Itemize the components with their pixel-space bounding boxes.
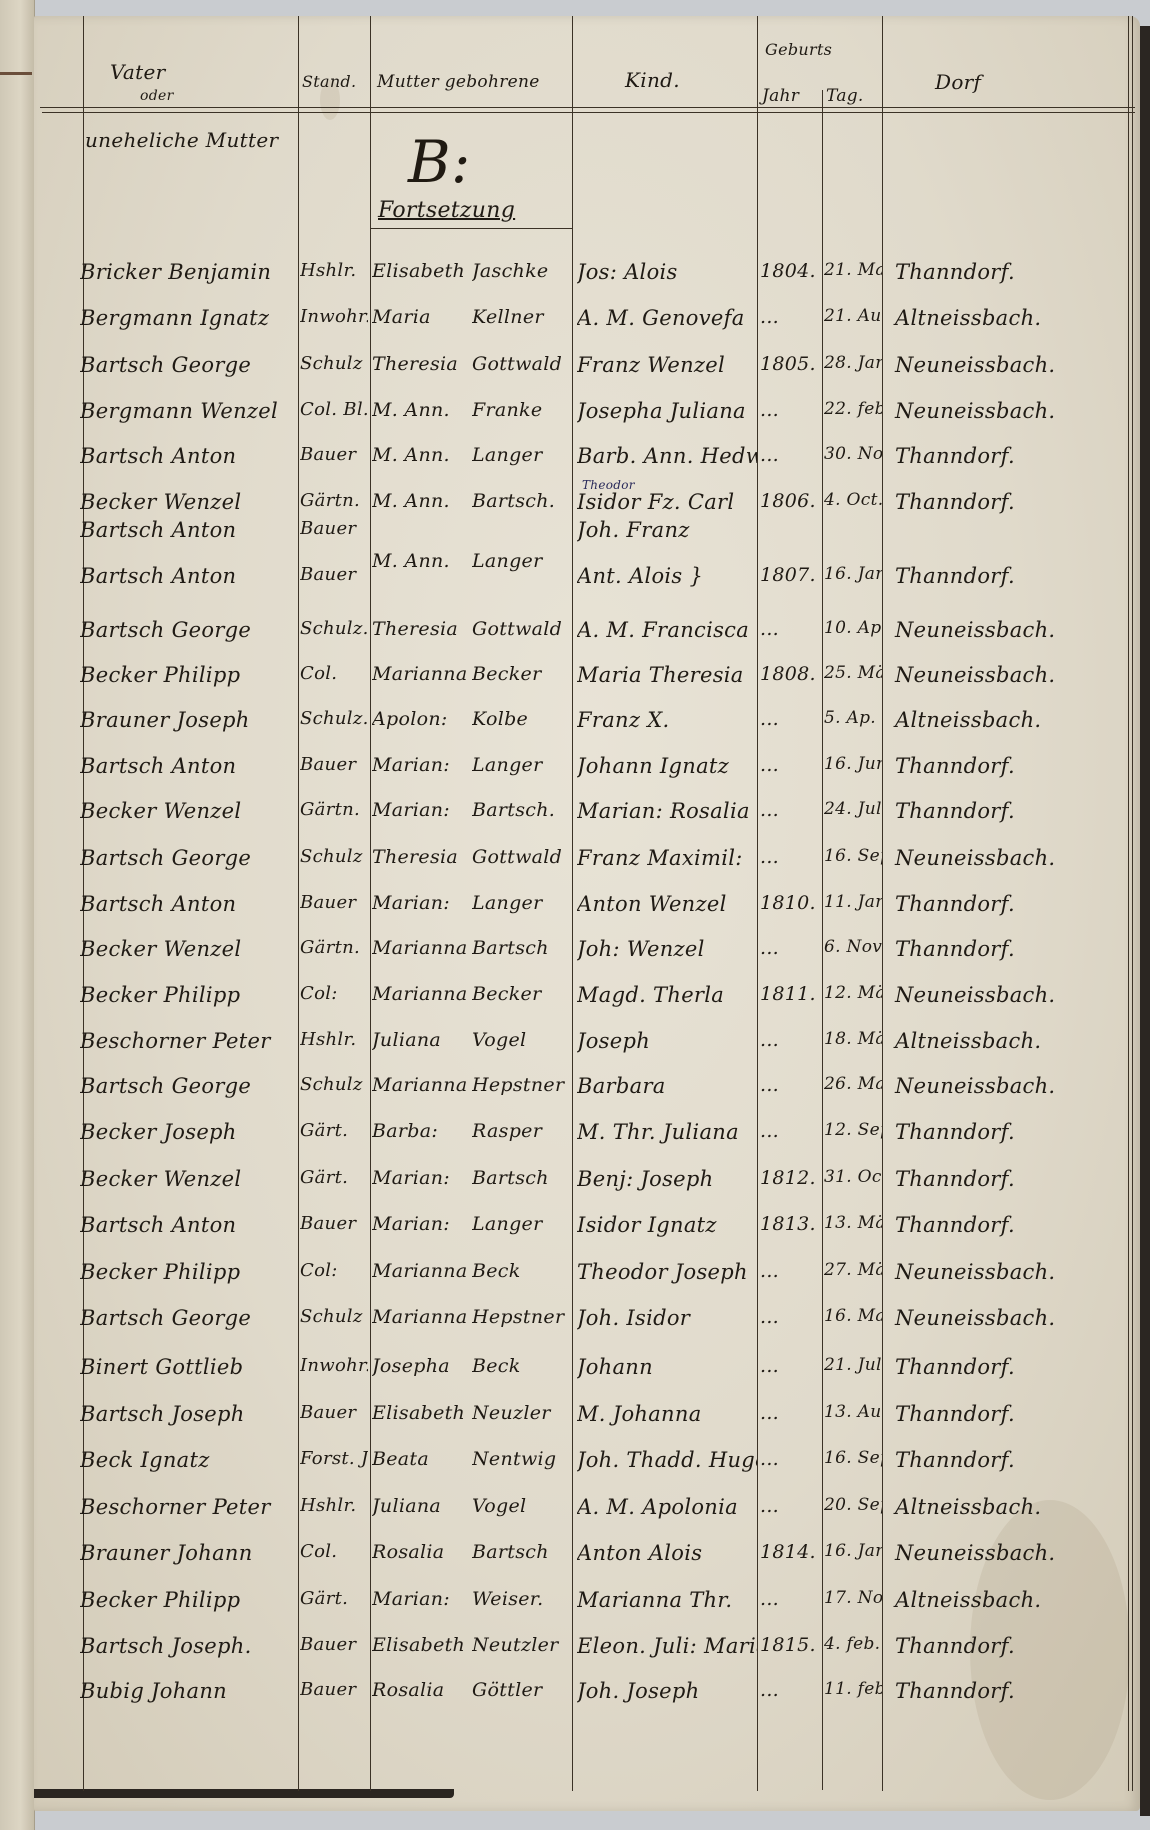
- mother-first-name: Marian:: [372, 1213, 470, 1235]
- father-occupation: Schulz: [300, 1074, 368, 1095]
- father-name: Becker Wenzel: [80, 937, 295, 961]
- birth-year: ...: [760, 1120, 820, 1142]
- mother-first-name: Rosalia: [372, 1541, 470, 1563]
- birth-day: 24. Jul.: [824, 799, 882, 819]
- table-row: Beschorner PeterHshlr.JulianaVogelJoseph…: [0, 1023, 1150, 1067]
- birth-day: 17. Novb.: [824, 1588, 882, 1608]
- mother-maiden-name: Langer: [472, 1213, 572, 1235]
- father-occupation: Hshlr.: [300, 260, 368, 281]
- child-name: Joh. Joseph: [577, 1679, 757, 1703]
- father-name: Becker Joseph: [80, 1120, 295, 1144]
- mother-first-name: Marianna: [372, 663, 470, 685]
- birth-year: ...: [760, 1495, 820, 1517]
- father-occupation: Hshlr.: [300, 1495, 368, 1516]
- mother-maiden-name: Nentwig: [472, 1448, 572, 1470]
- mother-first-name: Barba:: [372, 1120, 470, 1142]
- village: Altneissbach.: [895, 306, 1135, 330]
- village: Thanndorf.: [895, 937, 1135, 961]
- birth-day: 22. feb.: [824, 399, 882, 419]
- table-row: Brauner JosephSchulz.Apolon:KolbeFranz X…: [0, 702, 1150, 746]
- birth-year: ...: [760, 1306, 820, 1328]
- father-name: Beschorner Peter: [80, 1029, 295, 1053]
- birth-day: 6. Novb.: [824, 937, 882, 957]
- mother-maiden-name: Beck: [472, 1355, 572, 1377]
- mother-maiden-name: Kellner: [472, 306, 572, 328]
- header-stand: Stand.: [302, 72, 356, 91]
- table-row: Bergmann IgnatzInwohr.MariaKellnerA. M. …: [0, 300, 1150, 344]
- father-occupation: Gärtn.: [300, 799, 368, 820]
- table-row: Bartsch AntonBauerMarian:LangerIsidor Ig…: [0, 1207, 1150, 1251]
- child-name: Franz Wenzel: [577, 353, 757, 377]
- mother-first-name: M. Ann.: [372, 399, 470, 421]
- child-name: Maria Theresia: [577, 663, 757, 687]
- mother-first-name: Apolon:: [372, 708, 470, 730]
- table-row: Bartsch AntonBauerMarian:LangerJohann Ig…: [0, 748, 1150, 792]
- table-row: Bartsch GeorgeSchulzTheresiaGottwaldFran…: [0, 840, 1150, 884]
- father-name: Bartsch Anton: [80, 564, 295, 588]
- child-name: Joh. Isidor: [577, 1306, 757, 1330]
- child-name: Joh: Wenzel: [577, 937, 757, 961]
- village: Thanndorf.: [895, 799, 1135, 823]
- birth-year: ...: [760, 1355, 820, 1377]
- village: Neuneissbach.: [895, 1306, 1135, 1330]
- mother-first-name: Elisabeth: [372, 260, 470, 282]
- mother-maiden-name: Langer: [472, 754, 572, 776]
- mother-maiden-name: Becker: [472, 663, 572, 685]
- birth-day: 16. Mai: [824, 1306, 882, 1326]
- birth-day: 11. Jan.: [824, 892, 882, 912]
- mother-first-name: Beata: [372, 1448, 470, 1470]
- father-occupation: Hshlr.: [300, 1029, 368, 1050]
- header-father-line1: Vater: [110, 60, 165, 84]
- birth-year: 1815.: [760, 1634, 820, 1656]
- birth-day: 21. Aug.: [824, 306, 882, 326]
- birth-day: 4. Oct.: [824, 490, 882, 510]
- birth-day: 12. März: [824, 983, 882, 1003]
- father-name: Becker Wenzel: [80, 490, 295, 514]
- child-name: M. Thr. Juliana: [577, 1120, 757, 1144]
- father-name: Bartsch George: [80, 1306, 295, 1330]
- child-name: M. Johanna: [577, 1402, 757, 1426]
- father-name: Bartsch George: [80, 1074, 295, 1098]
- mother-maiden-name: Gottwald: [472, 618, 572, 640]
- birth-day: 21. Mai: [824, 260, 882, 280]
- birth-year: 1814.: [760, 1541, 820, 1563]
- village: Altneissbach.: [895, 708, 1135, 732]
- mother-maiden-name: Vogel: [472, 1029, 572, 1051]
- mother-maiden-name: Hepstner: [472, 1074, 572, 1096]
- birth-year: ...: [760, 444, 820, 466]
- section-letter: B:: [408, 128, 471, 196]
- birth-year: 1807.: [760, 564, 820, 586]
- father-occupation: Gärtn.: [300, 937, 368, 958]
- father-occupation: Gärt.: [300, 1120, 368, 1141]
- father-name: Becker Wenzel: [80, 1167, 295, 1191]
- village: Thanndorf.: [895, 444, 1135, 468]
- section-rule: [370, 228, 572, 229]
- mother-maiden-name: Bartsch: [472, 1167, 572, 1189]
- father-occupation: Col.: [300, 1541, 368, 1562]
- father-occupation: Schulz.: [300, 708, 368, 729]
- mother-maiden-name: Langer: [472, 444, 572, 466]
- mother-maiden-name: Jaschke: [472, 260, 572, 282]
- header-rule: [40, 107, 1135, 108]
- village: Neuneissbach.: [895, 618, 1135, 642]
- father-name: Bergmann Ignatz: [80, 306, 295, 330]
- father-name: Becker Philipp: [80, 983, 295, 1007]
- mother-first-name: Theresia: [372, 846, 470, 868]
- mother-first-name: Marianna: [372, 937, 470, 959]
- mother-first-name: Marianna: [372, 1306, 470, 1328]
- mother-first-name: M. Ann.: [372, 444, 470, 466]
- father-occupation: Gärt.: [300, 1167, 368, 1188]
- mother-maiden-name: Becker: [472, 983, 572, 1005]
- birth-year: ...: [760, 799, 820, 821]
- father-name: Bartsch Joseph.: [80, 1634, 295, 1658]
- mother-maiden-name: Bartsch: [472, 937, 572, 959]
- birth-day: 21. Jul.: [824, 1355, 882, 1375]
- village: Neuneissbach.: [895, 353, 1135, 377]
- child-name: Magd. Therla: [577, 983, 757, 1007]
- section-note: Fortsetzung: [378, 198, 515, 223]
- village: Neuneissbach.: [895, 663, 1135, 687]
- child-name: Joseph: [577, 1029, 757, 1053]
- mother-maiden-name: Franke: [472, 399, 572, 421]
- village: Thanndorf.: [895, 1679, 1135, 1703]
- table-row: Binert GottliebInwohr.JosephaBeckJohann.…: [0, 1349, 1150, 1393]
- mother-first-name: Marian:: [372, 892, 470, 914]
- header-kind: Kind.: [625, 68, 680, 92]
- father-occupation: Bauer: [300, 1402, 368, 1423]
- header-rule: [42, 112, 1135, 113]
- table-row: Becker WenzelGärtn.MariannaBartschJoh: W…: [0, 931, 1150, 975]
- table-row: Brauner JohannCol.RosaliaBartschAnton Al…: [0, 1535, 1150, 1579]
- table-row: Beschorner PeterHshlr.JulianaVogelA. M. …: [0, 1489, 1150, 1533]
- father-occupation: Schulz.: [300, 618, 368, 639]
- birth-year: ...: [760, 1260, 820, 1282]
- birth-day: 4. feb.: [824, 1634, 882, 1654]
- mother-maiden-name: Rasper: [472, 1120, 572, 1142]
- village: Thanndorf.: [895, 754, 1135, 778]
- birth-year: ...: [760, 1402, 820, 1424]
- birth-year: ...: [760, 937, 820, 959]
- father-occupation: Col. Bl.: [300, 399, 368, 420]
- mother-first-name: Juliana: [372, 1495, 470, 1517]
- father-name: Bartsch Anton: [80, 518, 295, 542]
- father-name: Bartsch Anton: [80, 754, 295, 778]
- father-name: Beschorner Peter: [80, 1495, 295, 1519]
- mother-first-name: Marianna: [372, 1074, 470, 1096]
- birth-year: ...: [760, 846, 820, 868]
- mother-maiden-name: Hepstner: [472, 1306, 572, 1328]
- birth-year: 1813.: [760, 1213, 820, 1235]
- father-name: Bartsch Anton: [80, 1213, 295, 1237]
- birth-year: ...: [760, 618, 820, 640]
- village: Thanndorf.: [895, 1167, 1135, 1191]
- father-name: Brauner Joseph: [80, 708, 295, 732]
- header-father-line2: oder: [140, 88, 174, 104]
- birth-year: ...: [760, 1448, 820, 1470]
- birth-year: ...: [760, 1679, 820, 1701]
- father-name: Bergmann Wenzel: [80, 399, 295, 423]
- child-name: Joh. Franz: [577, 518, 757, 542]
- father-name: Bubig Johann: [80, 1679, 295, 1703]
- mother-first-name: Elisabeth: [372, 1634, 470, 1656]
- father-occupation: Col:: [300, 983, 368, 1004]
- child-name: Barb. Ann. Hedwig: [577, 444, 757, 468]
- father-occupation: Bauer: [300, 1679, 368, 1700]
- header-mother: Mutter gebohrene: [377, 72, 540, 92]
- birth-day: 10. Ap.: [824, 618, 882, 638]
- table-row: Bartsch AntonBauerM. Ann.LangerBarb. Ann…: [0, 438, 1150, 482]
- birth-day: 12. Septb.: [824, 1120, 882, 1140]
- father-occupation: Bauer: [300, 1634, 368, 1655]
- table-row: Becker WenzelGärtn.Marian:Bartsch.Marian…: [0, 793, 1150, 837]
- child-name: A. M. Apolonia: [577, 1495, 757, 1519]
- father-occupation: Bauer: [300, 1213, 368, 1234]
- birth-day: 16. Jan.: [824, 1541, 882, 1561]
- mother-first-name: Marianna: [372, 1260, 470, 1282]
- birth-day: 16. Jan.: [824, 564, 882, 584]
- table-row: Beck IgnatzForst. Jäg.BeataNentwigJoh. T…: [0, 1442, 1150, 1486]
- mother-maiden-name: Bartsch: [472, 1541, 572, 1563]
- father-occupation: Bauer: [300, 444, 368, 465]
- table-row: Bricker BenjaminHshlr.ElisabethJaschkeJo…: [0, 254, 1150, 298]
- father-name: Binert Gottlieb: [80, 1355, 295, 1379]
- birth-day: 30. Nov.: [824, 444, 882, 464]
- birth-day: 31. Octb.: [824, 1167, 882, 1187]
- village: Neuneissbach.: [895, 1541, 1135, 1565]
- father-name: Bricker Benjamin: [80, 260, 295, 284]
- birth-year: ...: [760, 1029, 820, 1051]
- birth-day: 13. Aug.: [824, 1402, 882, 1422]
- birth-day: 27. März: [824, 1260, 882, 1280]
- father-name: Becker Philipp: [80, 663, 295, 687]
- mother-maiden-name: Bartsch.: [472, 799, 572, 821]
- birth-year: 1811.: [760, 983, 820, 1005]
- father-occupation: Gärtn.: [300, 490, 368, 511]
- birth-day: 18. März: [824, 1029, 882, 1049]
- father-occupation: Bauer: [300, 892, 368, 913]
- mother-maiden-name: Beck: [472, 1260, 572, 1282]
- mother-first-name: Josepha: [372, 1355, 470, 1377]
- child-name: Eleon. Juli: Marianna: [577, 1634, 757, 1658]
- father-name: Brauner Johann: [80, 1541, 295, 1565]
- birth-day: 16. Septb.: [824, 1448, 882, 1468]
- mother-maiden-name: Vogel: [472, 1495, 572, 1517]
- village: Altneissbach.: [895, 1588, 1135, 1612]
- child-name: Marian: Rosalia: [577, 799, 757, 823]
- village: Neuneissbach.: [895, 983, 1135, 1007]
- village: Thanndorf.: [895, 1634, 1135, 1658]
- father-name: Becker Philipp: [80, 1260, 295, 1284]
- child-name: Franz X.: [577, 708, 757, 732]
- table-row: Becker PhilippGärt.Marian:Weiser.Mariann…: [0, 1582, 1150, 1626]
- village: Thanndorf.: [895, 892, 1135, 916]
- child-name: Isidor Ignatz: [577, 1213, 757, 1237]
- child-name: Franz Maximil:: [577, 846, 757, 870]
- child-name: Anton Wenzel: [577, 892, 757, 916]
- village: Thanndorf.: [895, 564, 1135, 588]
- table-row: Bartsch GeorgeSchulzTheresiaGottwaldFran…: [0, 347, 1150, 391]
- header-dorf: Dorf: [935, 70, 981, 94]
- father-occupation: Inwohr.: [300, 1355, 368, 1376]
- child-name: Barbara: [577, 1074, 757, 1098]
- mother-first-name: M. Ann.: [372, 550, 470, 572]
- page-edge-shadow: [34, 1789, 454, 1798]
- birth-day: 26. Mai: [824, 1074, 882, 1094]
- birth-year: 1812.: [760, 1167, 820, 1189]
- mother-maiden-name: Neutzler: [472, 1634, 572, 1656]
- birth-day: 13. März: [824, 1213, 882, 1233]
- birth-day: 20. Septb.: [824, 1495, 882, 1515]
- table-row: Bubig JohannBauerRosaliaGöttlerJoh. Jose…: [0, 1673, 1150, 1717]
- father-name: Bartsch Joseph: [80, 1402, 295, 1426]
- village: Thanndorf.: [895, 1355, 1135, 1379]
- child-name: Ant. Alois }: [577, 564, 757, 588]
- table-row: Bartsch AntonBauerM. Ann.LangerAnt. Aloi…: [0, 558, 1150, 602]
- village: Altneissbach.: [895, 1495, 1135, 1519]
- child-name: Anton Alois: [577, 1541, 757, 1565]
- birth-year: ...: [760, 708, 820, 730]
- father-name: Bartsch George: [80, 353, 295, 377]
- father-name: Bartsch George: [80, 846, 295, 870]
- father-occupation: Forst. Jäg.: [300, 1448, 368, 1469]
- child-name-correction: Theodor: [582, 478, 635, 492]
- mother-first-name: Maria: [372, 306, 470, 328]
- mother-first-name: Elisabeth: [372, 1402, 470, 1424]
- mother-maiden-name: Göttler: [472, 1679, 572, 1701]
- birth-year: ...: [760, 754, 820, 776]
- birth-year: 1804.: [760, 260, 820, 282]
- child-name: A. M. Francisca: [577, 618, 757, 642]
- table-row: Bergmann WenzelCol. Bl.M. Ann.FrankeJose…: [0, 393, 1150, 437]
- father-name: Becker Wenzel: [80, 799, 295, 823]
- mother-first-name: Marian:: [372, 1588, 470, 1610]
- father-name: Bartsch George: [80, 618, 295, 642]
- birth-day: 11. feb.: [824, 1679, 882, 1699]
- mother-first-name: Marianna: [372, 983, 470, 1005]
- table-row: Bartsch GeorgeSchulzMariannaHepstnerBarb…: [0, 1068, 1150, 1112]
- father-name: Becker Philipp: [80, 1588, 295, 1612]
- birth-day: 28. Jan.: [824, 353, 882, 373]
- birth-year: ...: [760, 1588, 820, 1610]
- table-row: Becker JosephGärt.Barba:RasperM. Thr. Ju…: [0, 1114, 1150, 1158]
- father-name: Bartsch Anton: [80, 892, 295, 916]
- village: Neuneissbach.: [895, 1260, 1135, 1284]
- mother-maiden-name: Neuzler: [472, 1402, 572, 1424]
- birth-year: 1806.: [760, 490, 820, 512]
- child-name: A. M. Genovefa: [577, 306, 757, 330]
- birth-year: ...: [760, 399, 820, 421]
- birth-day: 25. März: [824, 663, 882, 683]
- mother-maiden-name: Gottwald: [472, 846, 572, 868]
- child-name: Marianna Thr.: [577, 1588, 757, 1612]
- binding-mark: [0, 72, 32, 75]
- birth-day: 5. Ap.: [824, 708, 882, 728]
- mother-first-name: Theresia: [372, 353, 470, 375]
- table-row: Bartsch Joseph.BauerElisabethNeutzlerEle…: [0, 1628, 1150, 1672]
- father-occupation: Schulz: [300, 846, 368, 867]
- father-occupation: Col:: [300, 1260, 368, 1281]
- table-row: Bartsch JosephBauerElisabethNeuzlerM. Jo…: [0, 1396, 1150, 1440]
- father-occupation: Gärt.: [300, 1588, 368, 1609]
- father-occupation: Bauer: [300, 564, 368, 585]
- village: Neuneissbach.: [895, 846, 1135, 870]
- table-row: Becker PhilippCol:MariannaBeckerMagd. Th…: [0, 977, 1150, 1021]
- birth-day: 16. Septb.: [824, 846, 882, 866]
- father-occupation: Schulz: [300, 1306, 368, 1327]
- father-name: Bartsch Anton: [80, 444, 295, 468]
- mother-first-name: Rosalia: [372, 1679, 470, 1701]
- father-occupation: Inwohr.: [300, 306, 368, 327]
- village: Thanndorf.: [895, 260, 1135, 284]
- village: Thanndorf.: [895, 490, 1135, 514]
- mother-maiden-name: Langer: [472, 892, 572, 914]
- mother-maiden-name: Bartsch.: [472, 490, 572, 512]
- birth-day: 16. Juni: [824, 754, 882, 774]
- father-name: Beck Ignatz: [80, 1448, 295, 1472]
- mother-maiden-name: Kolbe: [472, 708, 572, 730]
- father-occupation: Bauer: [300, 754, 368, 775]
- table-row: Bartsch AntonBauerMarian:LangerAnton Wen…: [0, 886, 1150, 930]
- mother-maiden-name: Gottwald: [472, 353, 572, 375]
- table-row: Becker WenzelGärt.Marian:BartschBenj: Jo…: [0, 1161, 1150, 1205]
- father-occupation: Bauer: [300, 518, 368, 539]
- village: Neuneissbach.: [895, 399, 1135, 423]
- mother-first-name: Marian:: [372, 799, 470, 821]
- table-row: Bartsch AntonBauerJoh. Franz: [0, 512, 1150, 556]
- village: Neuneissbach.: [895, 1074, 1135, 1098]
- mother-first-name: Marian:: [372, 754, 470, 776]
- mother-first-name: Juliana: [372, 1029, 470, 1051]
- table-row: Bartsch GeorgeSchulz.TheresiaGottwaldA. …: [0, 612, 1150, 656]
- child-name: Josepha Juliana: [577, 399, 757, 423]
- header-father-line3: uneheliche Mutter: [85, 128, 278, 152]
- child-name: Jos: Alois: [577, 260, 757, 284]
- header-tag: Tag.: [826, 86, 864, 106]
- child-name: Johann: [577, 1355, 757, 1379]
- child-name: Benj: Joseph: [577, 1167, 757, 1191]
- mother-first-name: Marian:: [372, 1167, 470, 1189]
- table-row: Becker PhilippCol.MariannaBeckerMaria Th…: [0, 657, 1150, 701]
- father-occupation: Schulz: [300, 353, 368, 374]
- child-name: Theodor Joseph: [577, 1260, 757, 1284]
- birth-year: ...: [760, 306, 820, 328]
- birth-year: ...: [760, 1074, 820, 1096]
- father-occupation: Col.: [300, 663, 368, 684]
- mother-first-name: Theresia: [372, 618, 470, 640]
- birth-year: 1808.: [760, 663, 820, 685]
- child-name: Joh. Thadd. Hugo: [577, 1448, 757, 1472]
- header-jahr: Jahr: [762, 86, 799, 106]
- table-row: Bartsch GeorgeSchulzMariannaHepstnerJoh.…: [0, 1300, 1150, 1344]
- village: Altneissbach.: [895, 1029, 1135, 1053]
- village: Thanndorf.: [895, 1213, 1135, 1237]
- village: Thanndorf.: [895, 1448, 1135, 1472]
- birth-year: 1805.: [760, 353, 820, 375]
- mother-first-name: M. Ann.: [372, 490, 470, 512]
- birth-year: 1810.: [760, 892, 820, 914]
- mother-maiden-name: Langer: [472, 550, 572, 572]
- child-name: Isidor Fz. Carl: [577, 490, 757, 514]
- table-row: Becker PhilippCol:MariannaBeckTheodor Jo…: [0, 1254, 1150, 1298]
- child-name: Johann Ignatz: [577, 754, 757, 778]
- header-geburt: Geburts: [765, 40, 832, 59]
- village: Thanndorf.: [895, 1402, 1135, 1426]
- mother-maiden-name: Weiser.: [472, 1588, 572, 1610]
- village: Thanndorf.: [895, 1120, 1135, 1144]
